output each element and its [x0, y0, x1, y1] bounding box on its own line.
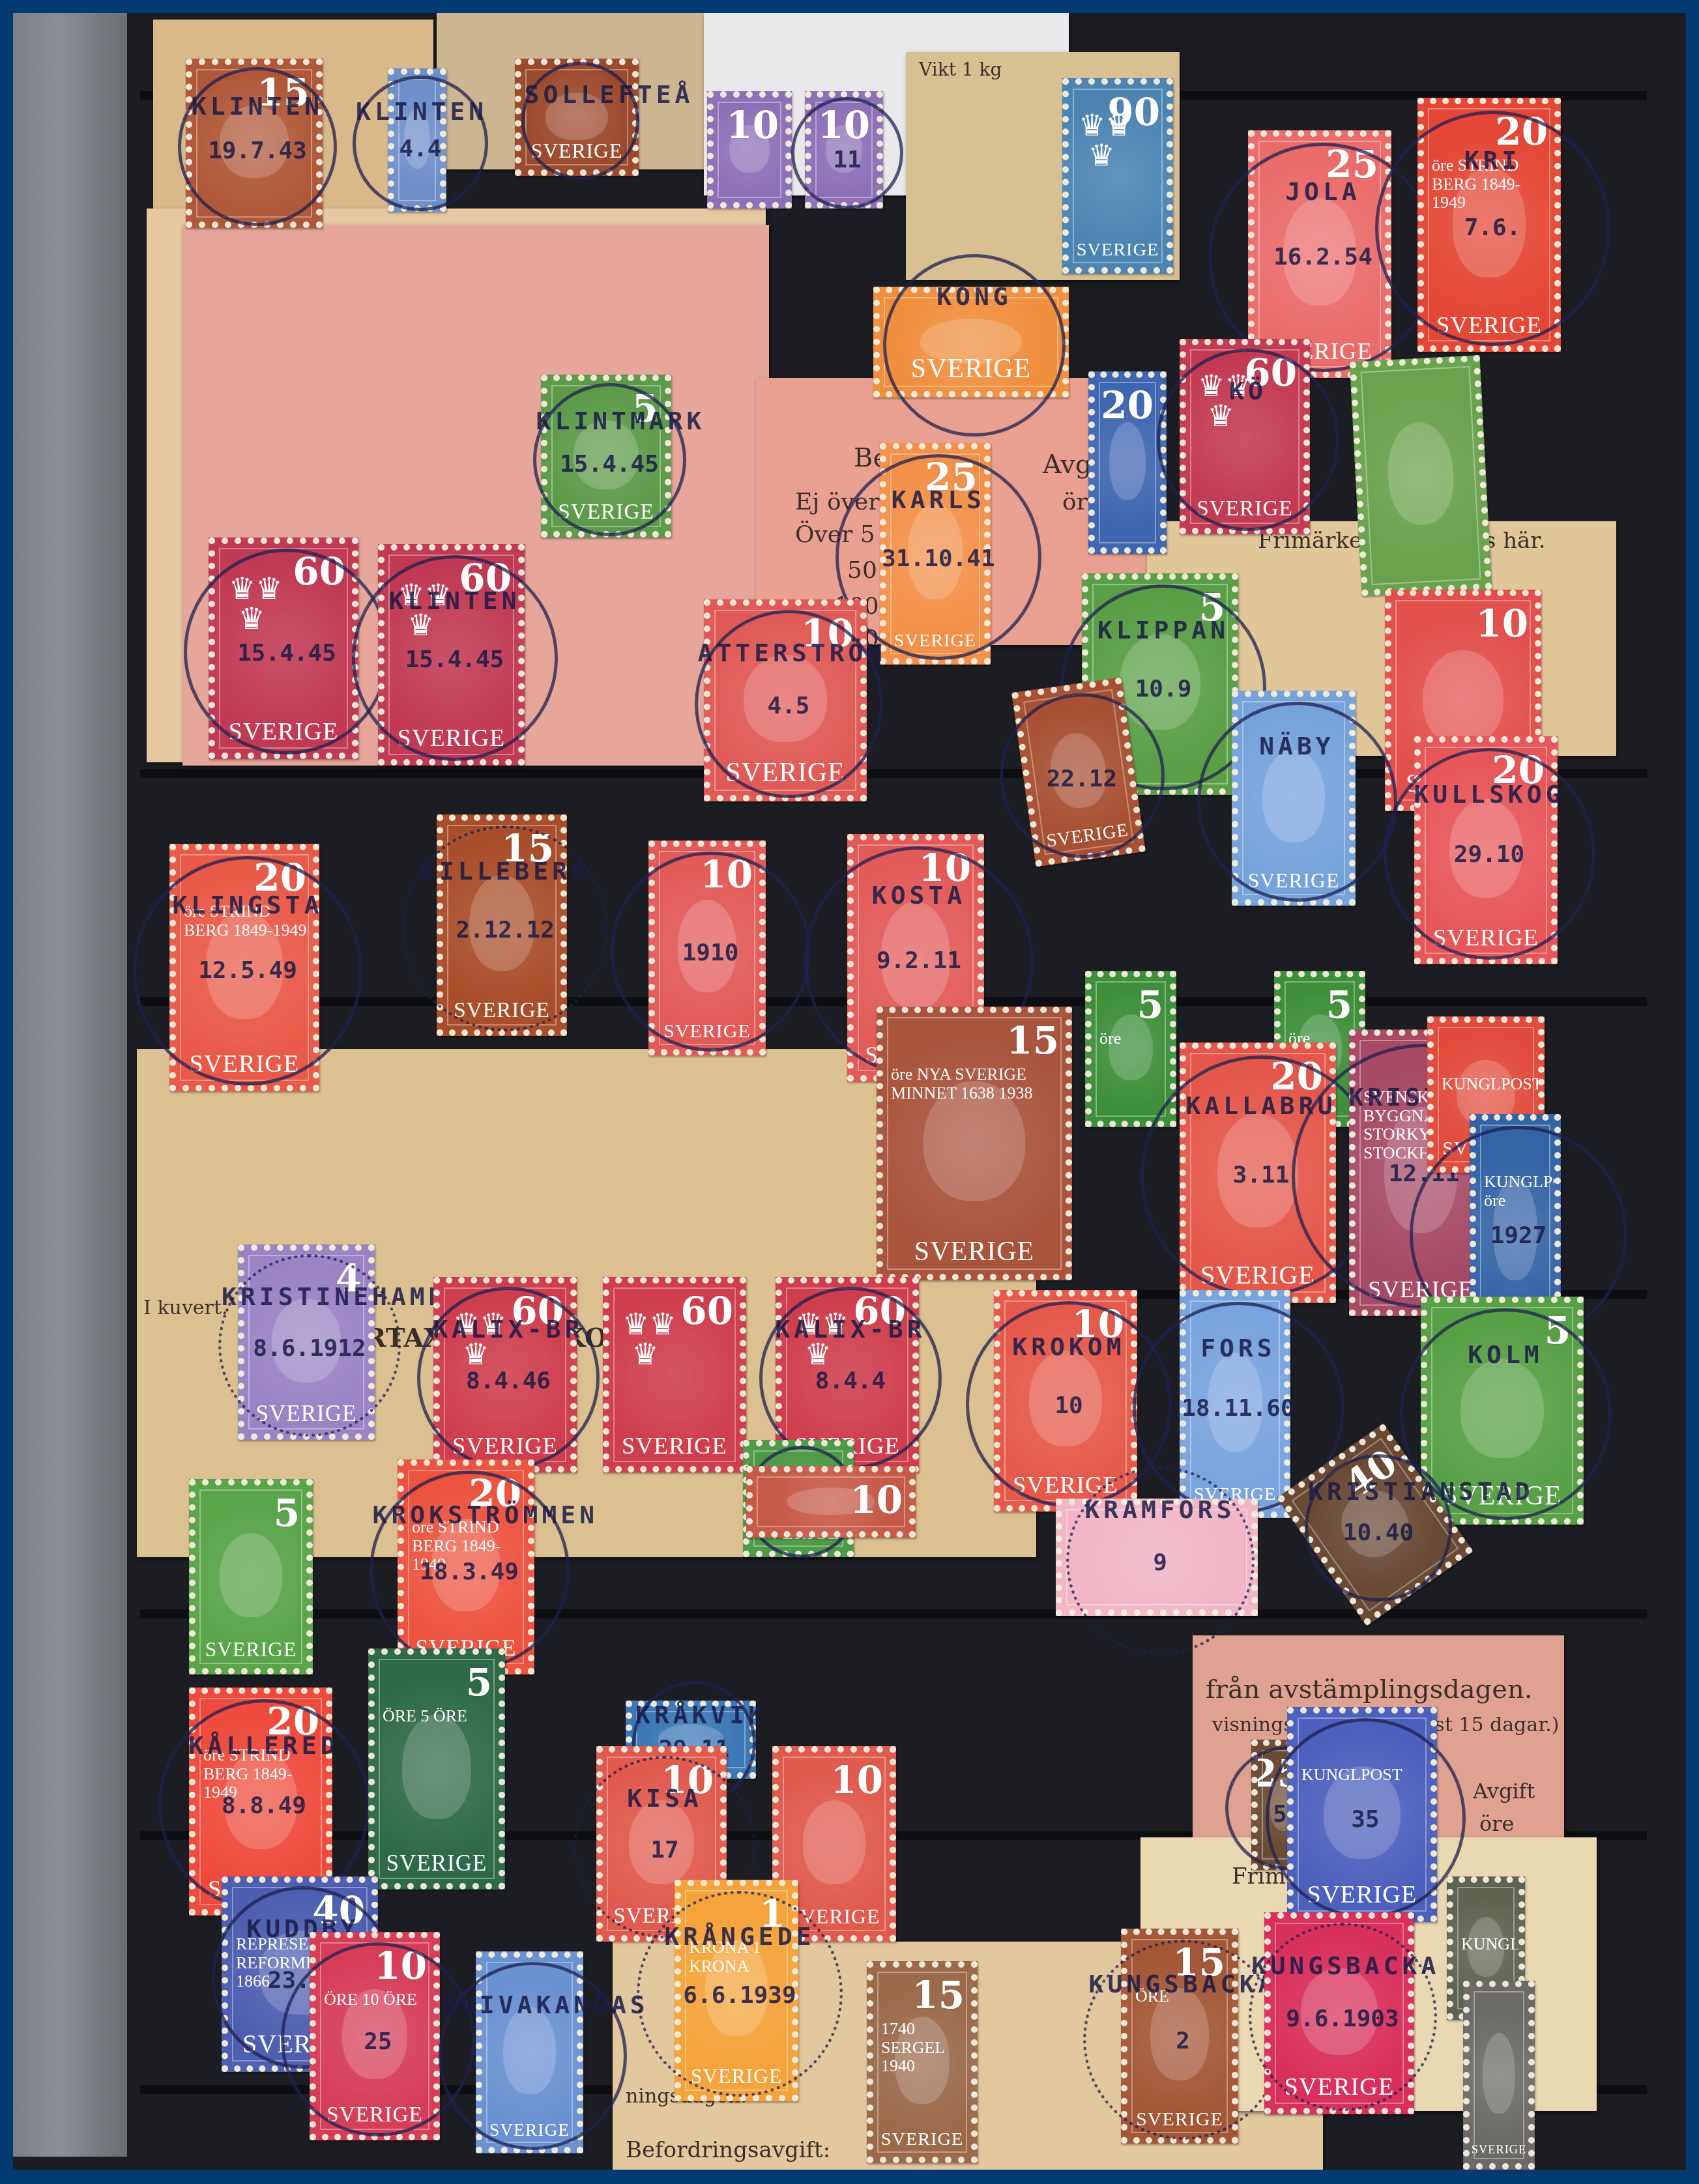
stamp-country: SVERIGE	[1271, 2073, 1408, 2101]
three-crowns-icon: ♛♛ ♛	[622, 1309, 676, 1369]
stamp: 10	[746, 1466, 916, 1538]
stamp-inscription: KUNGLPOST	[1442, 1075, 1533, 1094]
stamp-value: 15	[257, 70, 310, 115]
stamp	[1350, 355, 1492, 596]
stamp-value: 5	[1199, 585, 1225, 629]
stamp-value: 90	[1107, 90, 1160, 134]
stamp-country: SVERIGE	[873, 2129, 971, 2150]
stamp-value: 25	[1326, 142, 1378, 186]
printed-form-text: från avstämplingsdagen.	[1206, 1674, 1532, 1704]
album-page: Vikt 1 kgFrimärken anbringas här.paketko…	[13, 13, 1686, 2170]
portrait-icon	[629, 1800, 695, 1884]
three-crowns-icon: ♛♛ ♛	[453, 1309, 506, 1369]
stamp-value: 5	[1326, 983, 1352, 1027]
stamp-country: SVERIGE	[1000, 1471, 1131, 1499]
portrait-icon	[1120, 634, 1200, 730]
stamp-value: 10	[661, 1758, 714, 1802]
printed-form-text: Vikt 1 kg	[919, 59, 1002, 80]
stamp: 20öre STRIND BERG 1849-1949SVERIGE	[1417, 98, 1561, 352]
stamp-value: 4	[336, 1256, 362, 1300]
stamp-value: 20	[469, 1471, 521, 1516]
stamp-value: 60	[680, 1289, 733, 1333]
stamp: 20	[1088, 371, 1167, 554]
stamp-value: 10	[830, 1758, 883, 1802]
stamp-value: 15	[1006, 1018, 1059, 1063]
stamp-inscription: öre STRIND BERG 1849-1949	[184, 902, 308, 940]
stamp-inscription: öre STRIND BERG 1849-1949	[203, 1746, 321, 1802]
stockpage-strip	[140, 1609, 1647, 1618]
stamp: 20SVERIGE	[1180, 1042, 1336, 1303]
portrait-icon	[908, 504, 963, 599]
stamp-value: 10	[374, 1944, 427, 1988]
portrait-icon	[545, 93, 607, 141]
stamp-inscription: öre	[1099, 1029, 1121, 1048]
stamp: 5öre	[1085, 971, 1176, 1127]
stamp-country: SVERIGE	[385, 725, 518, 753]
stamp: 20SVERIGE	[1414, 736, 1558, 964]
stamp-value: 10	[918, 846, 971, 890]
printed-form-text: öre	[1479, 1811, 1515, 1836]
stamp-inscription: KUNGLPOST	[1461, 1935, 1513, 1954]
stamp: 1KRONA 1 KRONASVERIGE	[675, 1880, 798, 2101]
portrait-icon	[469, 875, 535, 971]
stamp: SVERIGE	[515, 59, 639, 176]
stamp-value: 20	[267, 1699, 319, 1744]
stamp: 10SVERIGE	[704, 599, 867, 801]
stamp-country: SVERIGE	[196, 1638, 306, 1661]
stamp-inscription: ÖRE 10 ÖRE	[324, 1990, 417, 2009]
stamp: SVERIGE	[476, 1951, 583, 2153]
stamp-inscription: ÖRE	[1135, 1987, 1169, 2006]
stamp: KUNGLPOSTSVERIGE	[1287, 1707, 1437, 1922]
portrait-icon	[1301, 1968, 1378, 2054]
portrait-icon	[1217, 1114, 1298, 1228]
three-crowns-icon: ♛♛ ♛	[1198, 371, 1251, 431]
portrait-icon	[1449, 799, 1522, 898]
stamp-inscription: KRONA 1 KRONA	[689, 1938, 787, 1976]
stamp-country: SVERIGE	[1069, 240, 1167, 261]
stamp-country: SVERIGE	[1294, 1880, 1430, 1909]
stamp: ♛♛ ♛60SVERIGE	[378, 544, 525, 766]
stamp: 10	[707, 91, 792, 208]
stamp: 151740 SERGEL 1940SVERIGE	[867, 1961, 978, 2163]
stamp-value: 60	[853, 1289, 906, 1333]
stamp-inscription: 1740 SERGEL 1940	[881, 2020, 966, 2076]
stamp-country: SVERIGE	[710, 757, 860, 788]
stamp-country: SVERIGE	[440, 1431, 570, 1459]
stamp-country: SVERIGE	[1424, 311, 1554, 339]
stamp: 15	[186, 59, 323, 228]
stamp-value: 5	[632, 386, 658, 431]
portrait-icon	[1483, 2033, 1515, 2114]
stamp-value: 25	[925, 455, 978, 499]
stamp-country: SVERIGE	[681, 2065, 792, 2088]
stamp-value: 20	[254, 855, 306, 900]
stamp: 10SVERIGE	[994, 1290, 1137, 1512]
stamp: 20öre STRIND BERG 1849-1949SVERIGE	[398, 1459, 534, 1674]
stamp-inscription: öre NYA SVERIGE MINNET 1638 1938	[891, 1065, 1060, 1102]
portrait-icon	[1208, 1353, 1262, 1452]
portrait-icon	[402, 1714, 471, 1819]
stamp-country: SVERIGE	[1186, 1259, 1329, 1290]
stamp-country: SVERIGE	[1421, 923, 1551, 951]
stamp-value: 10	[1475, 601, 1528, 646]
stamp: 5ÖRE 5 ÖRESVERIGE	[368, 1648, 505, 1889]
stamp-country: SVERIGE	[244, 1401, 368, 1427]
stamp: SVERIGE	[1264, 1912, 1414, 2114]
stamp-value: 15	[1172, 1940, 1225, 1985]
stamp-country: SVERIGE	[443, 998, 560, 1023]
stamp-value: 60	[293, 549, 345, 594]
stamp-value: 5	[466, 1660, 492, 1704]
portrait-icon	[1423, 650, 1503, 746]
stamp-inscription: KUNGLPOST	[1301, 1766, 1402, 1785]
stamp: 15SVERIGE	[437, 814, 567, 1036]
stamp: SVERIGE	[1463, 1981, 1535, 2170]
stamp-value: 10	[801, 611, 854, 655]
portrait-icon	[1460, 1359, 1545, 1458]
stamp-value: 40	[312, 1888, 365, 1933]
portrait-icon	[272, 1299, 341, 1383]
stamp-country: SVERIGE	[1470, 2143, 1528, 2157]
stamp-value: 60	[459, 556, 512, 600]
stamp-value: 10	[817, 103, 870, 147]
portrait-icon	[503, 2007, 556, 2093]
stamp	[1056, 1499, 1258, 1616]
stamp-frame	[1066, 1509, 1247, 1605]
stamp: 15öre NYA SVERIGE MINNET 1638 1938SVERIG…	[877, 1007, 1072, 1280]
stamp-country: SVERIGE	[880, 353, 1062, 384]
stamp: ♛♛ ♛90SVERIGE	[1062, 78, 1173, 274]
stamp-value: 15	[501, 826, 554, 870]
stamp-inscription: ÖRE 5 ÖRE	[383, 1707, 467, 1726]
glassine-interleaf	[13, 13, 127, 2157]
stamp-country: SVERIGE	[521, 139, 632, 163]
stamp: SVERIGE	[1180, 1290, 1290, 1518]
stamp-inscription: KUNGLPOST öre	[1484, 1173, 1549, 1210]
portrait-icon	[404, 109, 429, 169]
stamp: 5SVERIGE	[541, 375, 671, 538]
stamp-value: 15	[912, 1973, 965, 2017]
stamp-value: 20	[1492, 748, 1545, 792]
portrait-icon	[1109, 422, 1146, 500]
stamp: 5SVERIGE	[189, 1479, 313, 1674]
stamp-country: SVERIGE	[1238, 869, 1349, 893]
stamp-inscription: öre STRIND BERG 1849-1949	[1432, 156, 1549, 212]
stamp: 15ÖRESVERIGE	[1121, 1929, 1238, 2144]
stamp	[388, 68, 446, 212]
stamp-value: 10	[1071, 1302, 1124, 1346]
stamp-inscription: öre STRIND BERG 1849-1949	[412, 1518, 523, 1574]
stamp: 10	[805, 91, 883, 208]
three-crowns-icon: ♛♛ ♛	[398, 580, 452, 640]
portrait-icon	[1262, 750, 1324, 843]
stamp-country: SVERIGE	[886, 631, 984, 652]
stamp-value: 10	[726, 103, 779, 147]
three-crowns-icon: ♛♛ ♛	[795, 1309, 849, 1369]
stamp-country: SVERIGE	[176, 1050, 313, 1078]
portrait-icon	[1283, 198, 1356, 306]
stamp-value: 20	[1101, 383, 1154, 427]
stamp: 4SVERIGE	[238, 1244, 375, 1440]
stamp-country: SVERIGE	[655, 1020, 759, 1042]
stamp-country: SVERIGE	[547, 500, 665, 524]
stamp: 10ÖRE 10 ÖRESVERIGE	[310, 1932, 440, 2140]
printed-form-text: Befordringsavgift:	[626, 2137, 830, 2163]
stamp: SVERIGE	[873, 287, 1069, 397]
printed-form-text: Avgift	[1473, 1779, 1535, 1803]
stamp-value: 10	[700, 852, 753, 897]
stamp: ♛♛ ♛60SVERIGE	[1180, 339, 1310, 534]
stamp-value: 10	[850, 1478, 903, 1522]
stamp-value: 20	[1270, 1054, 1323, 1099]
portrait-icon	[678, 900, 736, 993]
stamp-value: 1	[759, 1891, 785, 1936]
stamp-country: SVERIGE	[1127, 2108, 1232, 2131]
stamp-value: 5	[274, 1491, 300, 1535]
stamp-country: SVERIGE	[316, 2103, 433, 2127]
stamp-value: 60	[1244, 351, 1297, 395]
portrait-icon	[1029, 1351, 1102, 1446]
stamp: 5SVERIGE	[1421, 1297, 1584, 1525]
stamp: SVERIGE	[1232, 691, 1356, 906]
portrait-icon	[744, 655, 828, 741]
portrait-icon	[574, 420, 639, 489]
portrait-icon	[220, 1533, 282, 1617]
stamp: ♛♛ ♛60SVERIGE	[209, 538, 358, 759]
printed-form-text: 50	[847, 557, 877, 584]
stamp: 25SVERIGE	[880, 443, 991, 665]
stamp-country: SVERIGE	[609, 1431, 740, 1459]
printed-form-text: I kuvert.	[143, 1297, 228, 1319]
stamp-country: SVERIGE	[482, 2119, 577, 2140]
stamp: 10SVERIGE	[648, 841, 766, 1056]
stamp: 20öre STRIND BERG 1849-1949SVERIGE	[169, 844, 319, 1091]
stamp-value: 5	[1545, 1308, 1571, 1353]
stamp-value: 60	[511, 1289, 564, 1333]
stamp: ♛♛ ♛60SVERIGE	[433, 1277, 577, 1473]
stamp-value: 20	[1495, 109, 1548, 154]
stamp-country: SVERIGE	[375, 1850, 499, 1876]
stamp-country: SVERIGE	[883, 1236, 1066, 1267]
stamp-country: SVERIGE	[1427, 1480, 1577, 1512]
portrait-icon	[803, 1800, 865, 1884]
stamp: ♛♛ ♛60SVERIGE	[603, 1277, 746, 1473]
portrait-icon	[220, 106, 289, 177]
stamp-country: SVERIGE	[1186, 496, 1303, 521]
stamp-value: 5	[1137, 983, 1163, 1027]
portrait-icon	[881, 902, 950, 1010]
stamp-country: SVERIGE	[215, 717, 352, 746]
three-crowns-icon: ♛♛ ♛	[229, 573, 282, 633]
